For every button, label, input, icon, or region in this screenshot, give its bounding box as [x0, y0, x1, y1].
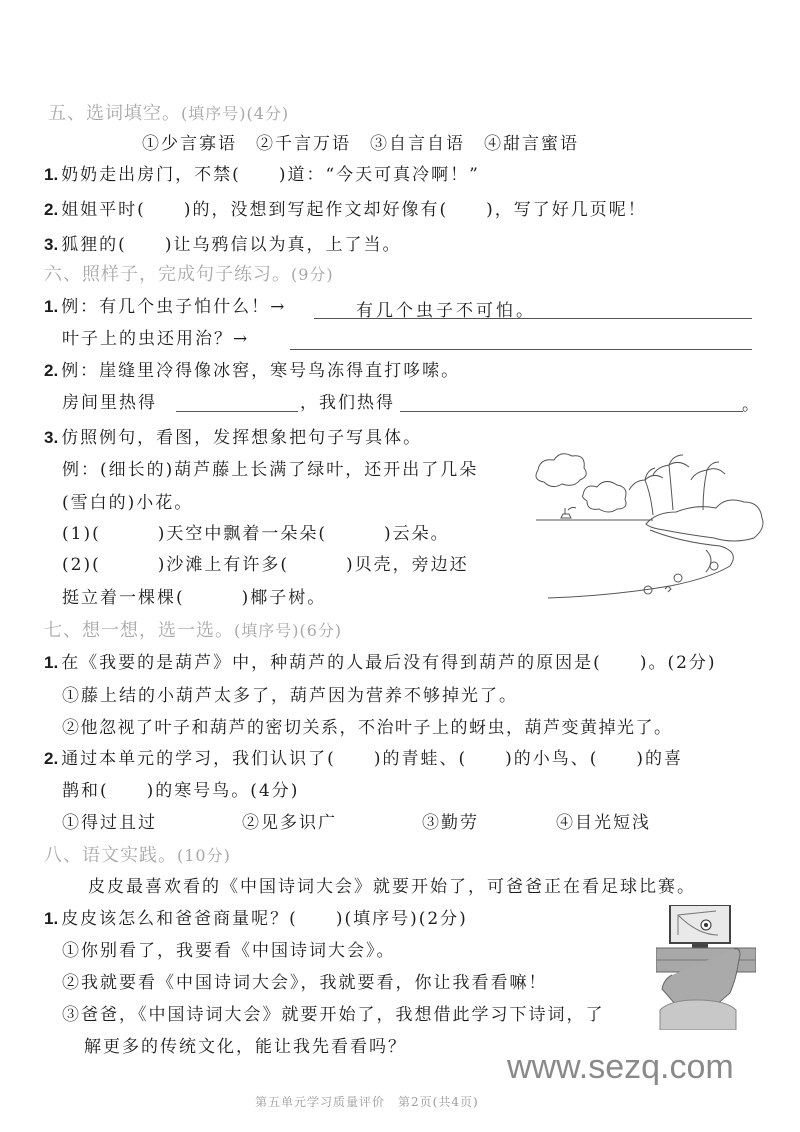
section7-title: 七、想一想，选一选。 [44, 620, 234, 641]
cloud-icon [583, 481, 627, 512]
section6-heading: 六、照样子，完成句子练习。(9分) [44, 264, 334, 286]
answer-line-3[interactable] [176, 411, 298, 412]
section6-q2-prompt-a: 房间里热得 [62, 392, 157, 414]
cloud-icon [536, 454, 586, 487]
section7-q2-b[interactable]: 鹊和( )的寒号鸟。(4分) [62, 780, 299, 802]
section5-item-1: 1.奶奶走出房门，不禁( )道：“今天可真冷啊！” [44, 164, 480, 186]
section6-q3-example-2: (雪白的)小花。 [62, 492, 193, 514]
section5-item-2: 2.姐姐平时( )的，没想到写起作文却好像有( )，写了好几页呢！ [44, 199, 647, 221]
item-number: 2. [44, 749, 58, 768]
instruction-text: 仿照例句，看图，发挥想象把句子写具体。 [61, 428, 422, 448]
section7-note: (填序号)(6分) [234, 621, 342, 640]
palm-tree-icon [653, 455, 689, 510]
example-text: 例：崖缝里冷得像冰窖，寒号鸟冻得直打哆嗦。 [61, 361, 460, 381]
item-text[interactable]: 奶奶走出房门，不禁( )道：“今天可真冷啊！” [61, 165, 480, 185]
section8-title: 八、语文实践。 [44, 845, 177, 866]
tv-icon [670, 905, 730, 943]
item-number: 3. [44, 428, 58, 447]
page-footer: 第五单元学习质量评价 第2页(共4页) [255, 1093, 479, 1110]
section6-q1-example: 1.例：有几个虫子怕什么！→ [44, 296, 286, 318]
section8-q1-opt3b: 解更多的传统文化，能让我先看看吗？ [84, 1036, 407, 1058]
answer-line-1[interactable] [314, 318, 752, 319]
question-text[interactable]: 通过本单元的学习，我们认识了( )的青蛙、( )的小鸟、( )的喜 [61, 749, 683, 769]
section8-intro: 皮皮最喜欢看的《中国诗词大会》就要开始了，可爸爸正在看足球比赛。 [88, 876, 696, 898]
section6-q3-example-1: 例：(细长的)葫芦藤上长满了绿叶，还开出了几朵 [62, 459, 478, 481]
item-number: 3. [44, 235, 58, 254]
shell-icon [674, 574, 682, 582]
section5-note: (填序号)(4分) [181, 104, 289, 123]
item-number: 1. [44, 165, 58, 184]
item-number: 2. [44, 361, 58, 380]
section6-note: (9分) [291, 265, 334, 284]
section8-q1-opt3a: ③爸爸，《中国诗词大会》就要开始了，我想借此学习下诗词，了 [62, 1004, 605, 1026]
palm-tree-icon [629, 468, 663, 515]
section6-q2-example: 2.例：崖缝里冷得像冰窖，寒号鸟冻得直打哆嗦。 [44, 360, 460, 382]
section5-options: ①少言寡语 ②千言万语 ③自言自语 ④甜言蜜语 [142, 133, 579, 155]
beach-scene-illustration [528, 450, 773, 610]
section6-q3-s2b[interactable]: 挺立着一棵棵( )椰子树。 [62, 587, 326, 609]
example-text: 例：有几个虫子怕什么！→ [61, 297, 286, 317]
answer-line-4[interactable] [400, 411, 743, 412]
section7-q2-opt2: ②见多识广 [242, 812, 337, 834]
section5-title: 五、选词填空。 [48, 103, 181, 124]
section7-q1-opt2: ②他忽视了叶子和葫芦的密切关系，不治叶子上的蚜虫，葫芦变黄掉光了。 [62, 717, 673, 739]
item-text[interactable]: 狐狸的( )让乌鸦信以为真，上了当。 [61, 235, 401, 255]
section7-q2-opt4: ④目光短浅 [556, 812, 651, 834]
section6-q2-end: 。 [742, 394, 761, 416]
section8-note: (10分) [177, 846, 231, 865]
item-number: 1. [44, 653, 58, 672]
shell-icon [710, 562, 718, 570]
section6-q3-instruction: 3.仿照例句，看图，发挥想象把句子写具体。 [44, 427, 422, 449]
section7-q2-opt1: ①得过且过 [62, 812, 157, 834]
section6-title: 六、照样子，完成句子练习。 [44, 264, 291, 285]
ship-icon [561, 507, 576, 518]
section8-q1: 1.皮皮该怎么和爸爸商量呢？( )(填序号)(2分) [44, 908, 468, 930]
question-text[interactable]: 在《我要的是葫芦》中，种葫芦的人最后没有得到葫芦的原因是( )。(2分) [61, 653, 716, 673]
section8-q1-opt1: ①你别看了，我要看《中国诗词大会》。 [62, 940, 396, 962]
section6-q2-prompt-b: ，我们热得 [300, 392, 395, 414]
item-number: 1. [44, 909, 58, 928]
section6-q3-s1[interactable]: (1)( )天空中飘着一朵朵( )云朵。 [62, 523, 450, 545]
item-text[interactable]: 姐姐平时( )的，没想到写起作文却好像有( )，写了好几页呢！ [61, 200, 647, 220]
section5-item-3: 3.狐狸的( )让乌鸦信以为真，上了当。 [44, 234, 401, 256]
section8-heading: 八、语文实践。(10分) [44, 845, 231, 867]
section5-heading: 五、选词填空。(填序号)(4分) [48, 103, 289, 125]
question-text[interactable]: 皮皮该怎么和爸爸商量呢？( )(填序号)(2分) [61, 909, 468, 929]
section8-q1-opt2: ②我就要看《中国诗词大会》，我就要看，你让我看看嘛！ [62, 972, 548, 994]
item-number: 2. [44, 200, 58, 219]
answer-line-2[interactable] [290, 349, 752, 350]
section7-heading: 七、想一想，选一选。(填序号)(6分) [44, 620, 342, 642]
section6-q1-prompt: 叶子上的虫还用治？→ [62, 328, 249, 350]
section7-q2-opt3: ③勤劳 [422, 812, 479, 834]
item-number: 1. [44, 297, 58, 316]
tv-football-illustration [656, 905, 756, 1030]
section7-q1-opt1: ①藤上结的小葫芦太多了，葫芦因为营养不够掉光了。 [62, 685, 518, 707]
section6-q3-s2a[interactable]: (2)( )沙滩上有许多( )贝壳，旁边还 [62, 554, 469, 576]
watermark: www.sezq.com [507, 1048, 734, 1087]
palm-tree-icon [691, 462, 725, 510]
section7-q2-a: 2.通过本单元的学习，我们认识了( )的青蛙、( )的小鸟、( )的喜 [44, 748, 683, 770]
section7-q1: 1.在《我要的是葫芦》中，种葫芦的人最后没有得到葫芦的原因是( )。(2分) [44, 652, 717, 674]
